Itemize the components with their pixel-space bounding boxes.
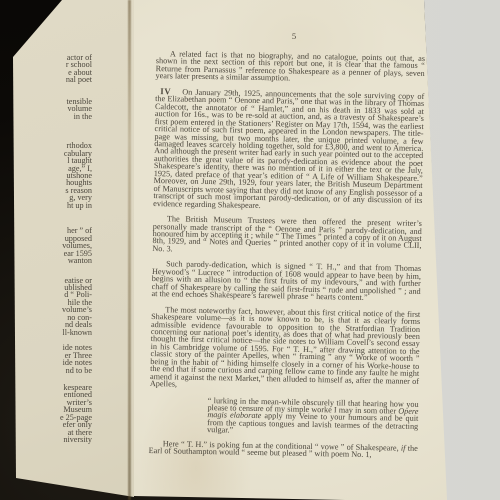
fragment-group: rthodox cabulary l taught age,” I, utsho… xyxy=(0,142,92,209)
fragment-group: ide notes er Three ide notes nd to be xyxy=(0,344,92,374)
left-page-text-fragments: actor of r school e about nal poet tensi… xyxy=(0,54,92,444)
fragment-group: tensible volume in the xyxy=(0,98,92,120)
paragraph-section-iv: IVOn January 29th, 1925, announcements t… xyxy=(153,88,424,212)
paragraph-parody-dedication: Such parody-dedication, which is signed … xyxy=(152,260,422,302)
fragment-group: kespeare entioned writer’s Museum e 25-p… xyxy=(0,384,92,444)
right-page-text: A related fact is that no biography, and… xyxy=(149,50,425,460)
fragment-group: eatise or ublished d “ Poli- hile the vo… xyxy=(0,277,92,337)
paragraph-section-iv-text: On January 29th, 1925, announcements tha… xyxy=(153,87,424,209)
block-quote: “ lurking in the mean-while obscurely ti… xyxy=(207,397,419,438)
paragraph-museum-trustees: The British Museum Trustees were then of… xyxy=(152,215,422,257)
fragment-group: her ” of upposed volumes, ear 1595 wanto… xyxy=(0,227,92,264)
fragment-group: actor of r school e about nal poet xyxy=(0,54,92,84)
page-number: 5 xyxy=(282,31,306,41)
book-photo: actor of r school e about nal poet tensi… xyxy=(0,0,500,500)
paragraph-related-fact: A related fact is that no biography, and… xyxy=(155,50,425,85)
paragraph-noteworthy-fact: The most noteworthy fact, however, about… xyxy=(150,306,420,393)
spine-crease xyxy=(128,0,131,500)
